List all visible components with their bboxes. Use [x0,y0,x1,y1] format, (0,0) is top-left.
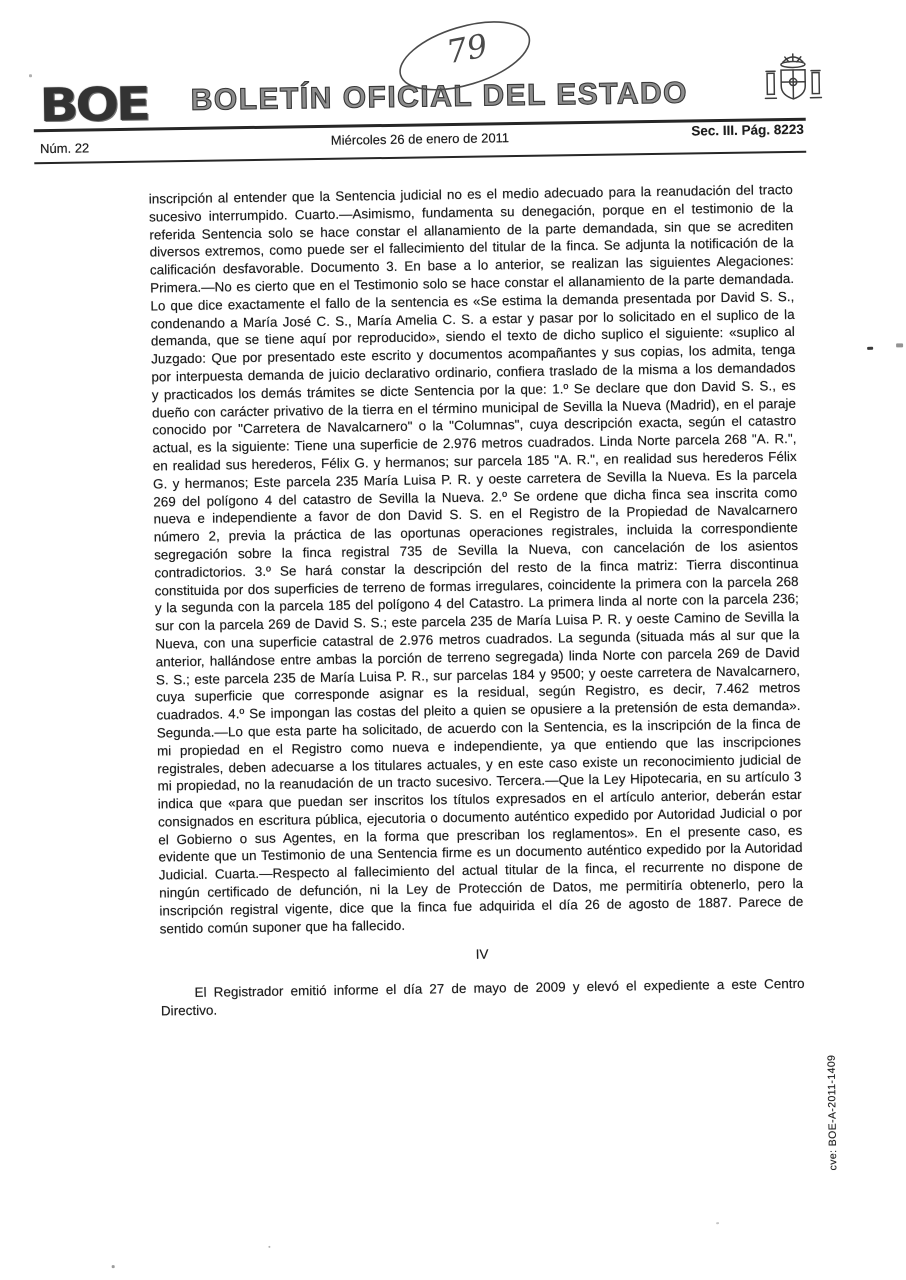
main-paragraph: inscripción al entender que la Sentencia… [149,181,804,938]
closing-paragraph: El Registrador emitió informe el día 27 … [161,975,805,1020]
spain-coat-of-arms-icon [762,48,825,120]
noise-dot [112,1265,115,1268]
noise-dot [29,74,32,77]
cve-vertical-code: cve: BOE-A-2011-1409 [825,1020,839,1170]
noise-dot [896,343,903,347]
section-page: Sec. III. Pág. 8223 [691,122,804,139]
noise-dot [268,1246,270,1248]
section-heading-iv: IV [160,942,804,967]
noise-dot [867,347,873,350]
document-body: inscripción al entender que la Sentencia… [149,181,805,1021]
boe-scanned-page: BOE BOLETÍN OFICIAL DEL ESTADO [0,0,906,1280]
noise-dot [716,1222,719,1224]
scan-skew-wrapper: BOE BOLETÍN OFICIAL DEL ESTADO [0,0,906,1280]
handwritten-circle-annotation: 79 [388,13,541,99]
handwritten-number: 79 [443,26,490,71]
